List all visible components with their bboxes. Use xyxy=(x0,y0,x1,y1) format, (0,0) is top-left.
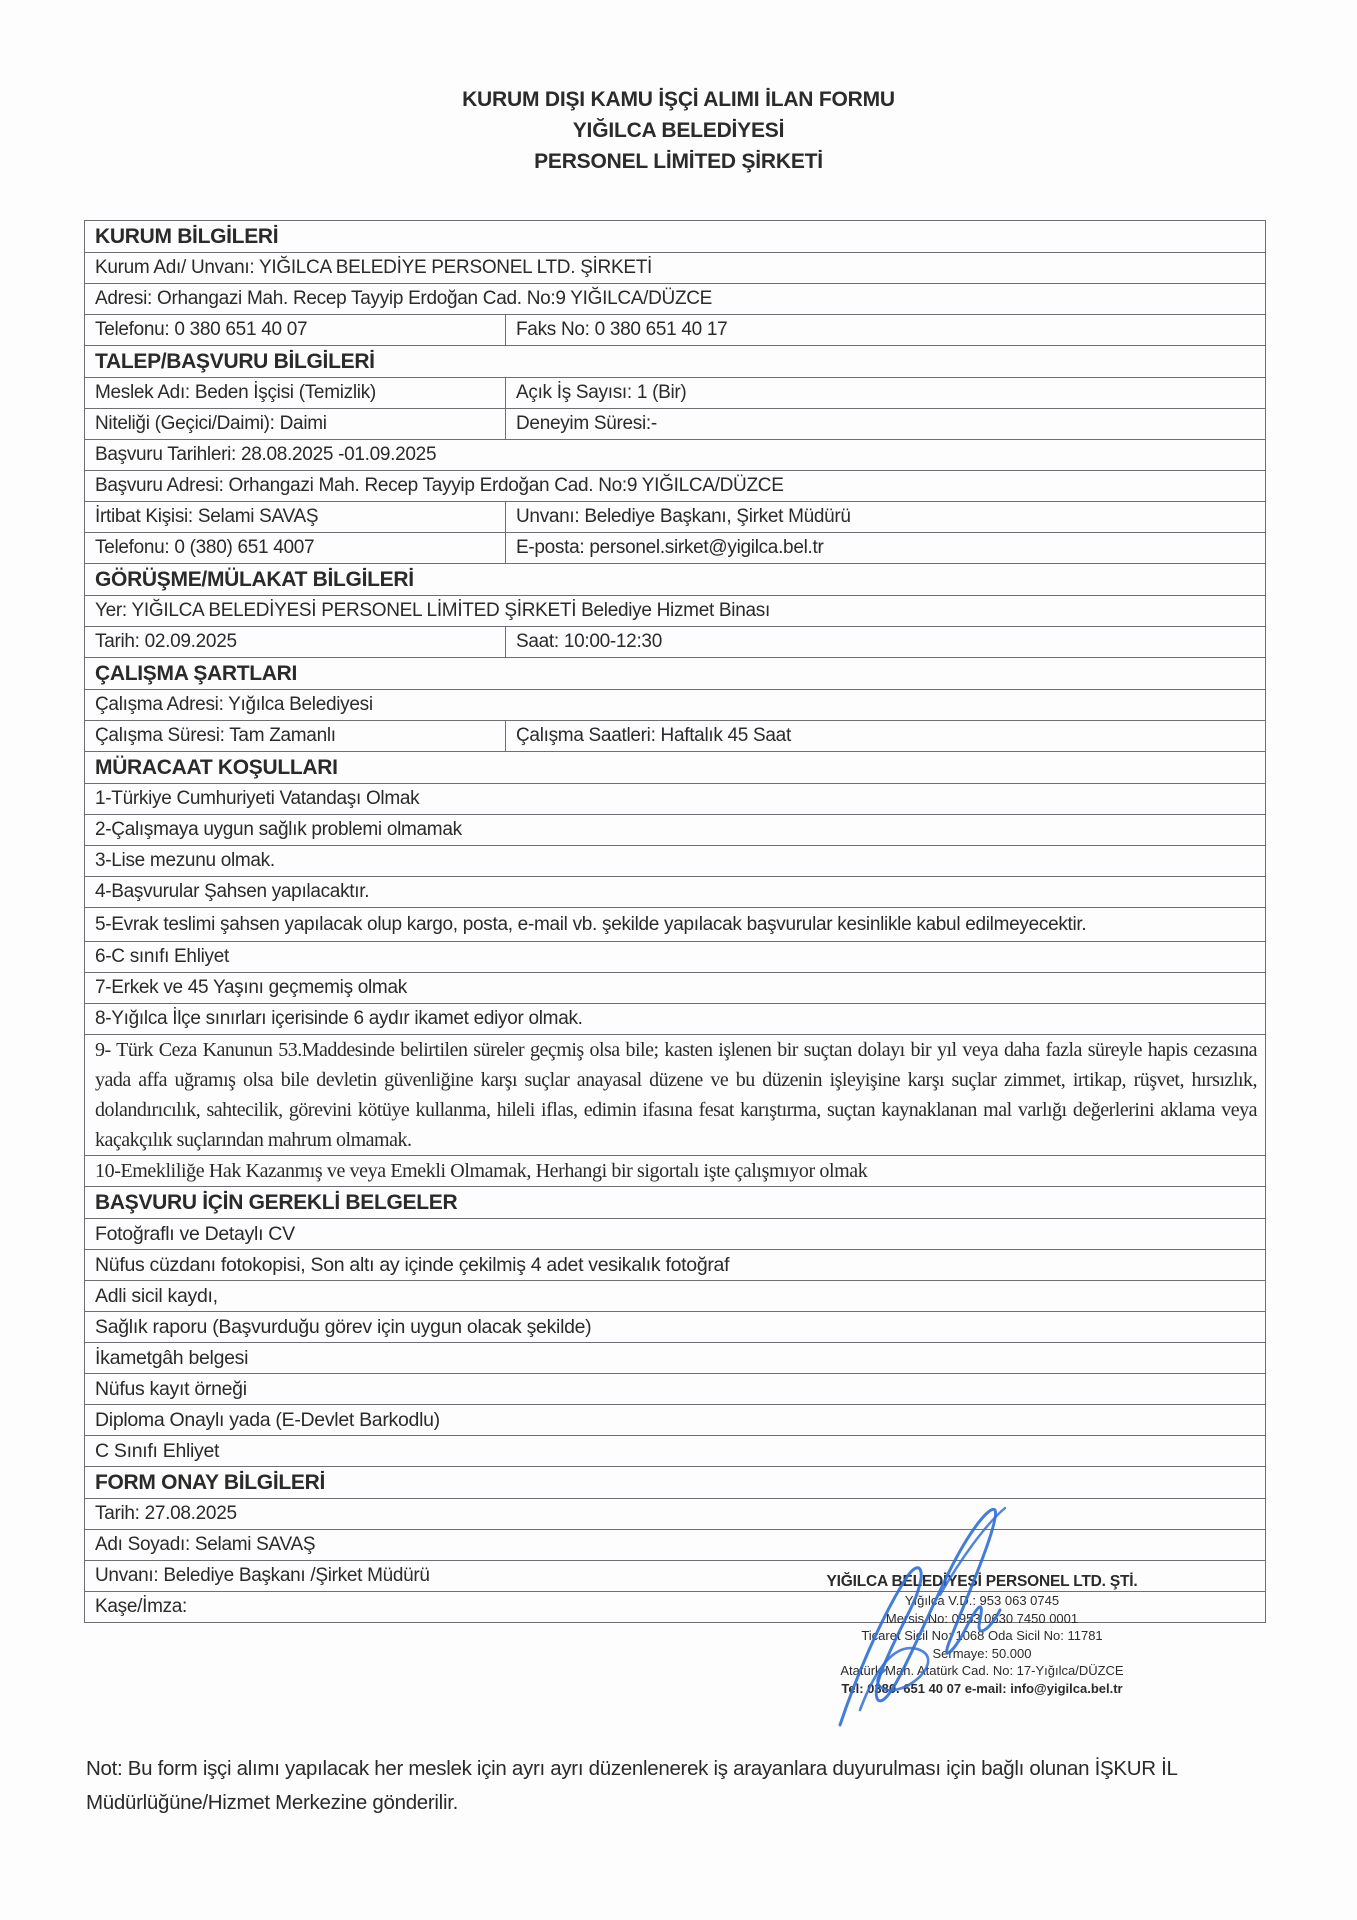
condition-item: 4-Başvurular Şahsen yapılacaktır. xyxy=(85,877,1266,908)
institution-address: Adresi: Orhangazi Mah. Recep Tayyip Erdo… xyxy=(85,284,1266,315)
interview-time: Saat: 10:00-12:30 xyxy=(506,627,1266,658)
document-item: Fotoğraflı ve Detaylı CV xyxy=(85,1219,1266,1250)
section-kurum-bilgileri: KURUM BİLGİLERİ xyxy=(85,221,1266,253)
contact-title: Unvanı: Belediye Başkanı, Şirket Müdürü xyxy=(506,502,1266,533)
document-item: Nüfus kayıt örneği xyxy=(85,1374,1266,1405)
condition-item: 7-Erkek ve 45 Yaşını geçmemiş olmak xyxy=(85,973,1266,1004)
section-gorusme-mulakat: GÖRÜŞME/MÜLAKAT BİLGİLERİ xyxy=(85,564,1266,596)
document-item: Diploma Onaylı yada (E-Devlet Barkodlu) xyxy=(85,1405,1266,1436)
section-calisma-sartlari: ÇALIŞMA ŞARTLARI xyxy=(85,658,1266,690)
section-form-onay: FORM ONAY BİLGİLERİ xyxy=(85,1467,1266,1499)
contact-phone: Telefonu: 0 (380) 651 4007 xyxy=(85,533,506,564)
document-item: Sağlık raporu (Başvurduğu görev için uyg… xyxy=(85,1312,1266,1343)
work-address: Çalışma Adresi: Yığılca Belediyesi xyxy=(85,690,1266,721)
section-muracaat-kosullari: MÜRACAAT KOŞULLARI xyxy=(85,752,1266,784)
stamp-company-name: YIĞILCA BELEDİYESİ PERSONEL LTD. ŞTİ. xyxy=(792,1572,1172,1592)
position-nature: Niteliği (Geçici/Daimi): Daimi xyxy=(85,409,506,440)
contact-person: İrtibat Kişisi: Selami SAVAŞ xyxy=(85,502,506,533)
footer-note: Not: Bu form işçi alımı yapılacak her me… xyxy=(86,1752,1276,1820)
institution-name: Kurum Adı/ Unvanı: YIĞILCA BELEDİYE PERS… xyxy=(85,253,1266,284)
interview-place: Yer: YIĞILCA BELEDİYESİ PERSONEL LİMİTED… xyxy=(85,596,1266,627)
company-stamp: YIĞILCA BELEDİYESİ PERSONEL LTD. ŞTİ. Yı… xyxy=(792,1572,1172,1697)
document-title: KURUM DIŞI KAMU İŞÇİ ALIMI İLAN FORMU YI… xyxy=(0,84,1357,177)
document-item: Nüfus cüzdanı fotokopisi, Son altı ay iç… xyxy=(85,1250,1266,1281)
profession-name: Meslek Adı: Beden İşçisi (Temizlik) xyxy=(85,378,506,409)
work-hours: Çalışma Saatleri: Haftalık 45 Saat xyxy=(506,721,1266,752)
condition-item: 3-Lise mezunu olmak. xyxy=(85,846,1266,877)
condition-item: 10-Emekliliğe Hak Kazanmış ve veya Emekl… xyxy=(85,1156,1266,1187)
stamp-mersis: Mersis No: 0953 0630 7450 0001 xyxy=(792,1610,1172,1628)
condition-item: 1-Türkiye Cumhuriyeti Vatandaşı Olmak xyxy=(85,784,1266,815)
job-announcement-form: KURUM BİLGİLERİ Kurum Adı/ Unvanı: YIĞIL… xyxy=(84,220,1266,1623)
interview-date: Tarih: 02.09.2025 xyxy=(85,627,506,658)
condition-item: 6-C sınıfı Ehliyet xyxy=(85,942,1266,973)
section-talep-basvuru: TALEP/BAŞVURU BİLGİLERİ xyxy=(85,346,1266,378)
document-item: C Sınıfı Ehliyet xyxy=(85,1436,1266,1467)
document-page: KURUM DIŞI KAMU İŞÇİ ALIMI İLAN FORMU YI… xyxy=(0,0,1357,1920)
approval-name: Adı Soyadı: Selami SAVAŞ xyxy=(85,1530,1266,1561)
work-duration: Çalışma Süresi: Tam Zamanlı xyxy=(85,721,506,752)
title-line-3: PERSONEL LİMİTED ŞİRKETİ xyxy=(0,146,1357,177)
stamp-contact: Tel: 0380. 651 40 07 e-mail: info@yigilc… xyxy=(792,1680,1172,1698)
institution-fax: Faks No: 0 380 651 40 17 xyxy=(506,315,1266,346)
condition-item: 9- Türk Ceza Kanunun 53.Maddesinde belir… xyxy=(85,1035,1266,1156)
document-item: Adli sicil kaydı, xyxy=(85,1281,1266,1312)
contact-email: E-posta: personel.sirket@yigilca.bel.tr xyxy=(506,533,1266,564)
experience-duration: Deneyim Süresi:- xyxy=(506,409,1266,440)
application-address: Başvuru Adresi: Orhangazi Mah. Recep Tay… xyxy=(85,471,1266,502)
stamp-tax-office: Yığılca V.D.: 953 063 0745 xyxy=(792,1592,1172,1610)
document-item: İkametgâh belgesi xyxy=(85,1343,1266,1374)
title-line-2: YIĞILCA BELEDİYESİ xyxy=(0,115,1357,146)
approval-date: Tarih: 27.08.2025 xyxy=(85,1499,1266,1530)
condition-item: 5-Evrak teslimi şahsen yapılacak olup ka… xyxy=(85,908,1266,942)
application-dates: Başvuru Tarihleri: 28.08.2025 -01.09.202… xyxy=(85,440,1266,471)
section-gerekli-belgeler: BAŞVURU İÇİN GEREKLİ BELGELER xyxy=(85,1187,1266,1219)
open-positions: Açık İş Sayısı: 1 (Bir) xyxy=(506,378,1266,409)
condition-item: 2-Çalışmaya uygun sağlık problemi olmama… xyxy=(85,815,1266,846)
stamp-registry: Ticaret Sicil No: 1068 Oda Sicil No: 117… xyxy=(792,1627,1172,1645)
stamp-address: Atatürk Mah. Atatürk Cad. No: 17-Yığılca… xyxy=(792,1662,1172,1680)
stamp-capital: Sermaye: 50.000 xyxy=(792,1645,1172,1663)
institution-phone: Telefonu: 0 380 651 40 07 xyxy=(85,315,506,346)
condition-item: 8-Yığılca İlçe sınırları içerisinde 6 ay… xyxy=(85,1004,1266,1035)
title-line-1: KURUM DIŞI KAMU İŞÇİ ALIMI İLAN FORMU xyxy=(0,84,1357,115)
